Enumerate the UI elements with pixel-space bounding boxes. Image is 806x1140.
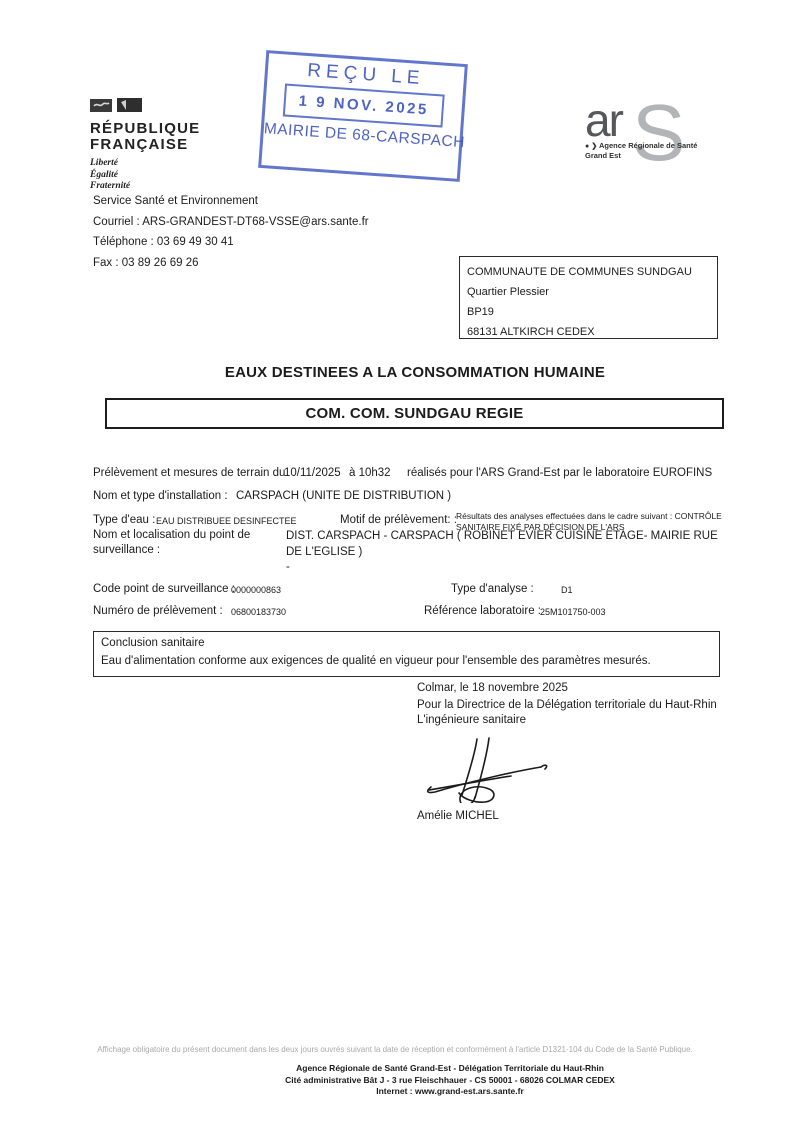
- service-line: Service Santé et Environnement: [93, 191, 369, 212]
- ars-dot-icon: ●: [585, 143, 589, 150]
- reception-stamp: REÇU LE 1 9 NOV. 2025 MAIRIE DE 68-CARSP…: [258, 50, 468, 182]
- footer-notice: Affichage obligatoire du présent documen…: [0, 1045, 790, 1054]
- fax-line: Fax : 03 89 26 69 26: [93, 253, 369, 274]
- conclusion-title: Conclusion sanitaire: [101, 635, 712, 653]
- ars-tagline-text: Agence Régionale de Santé: [599, 141, 697, 150]
- stamp-date: 1 9 NOV. 2025: [298, 92, 429, 118]
- republique-name: RÉPUBLIQUE FRANÇAISE: [90, 121, 200, 153]
- ars-chevron-icon: ❯: [591, 143, 597, 150]
- document-title: EAUX DESTINEES A LA CONSOMMATION HUMAINE: [0, 364, 806, 381]
- footer-line-2: Cité administrative Bât J - 3 rue Fleisc…: [100, 1075, 800, 1087]
- republique-motto: Liberté Égalité Fraternité: [90, 158, 200, 193]
- ars-wordmark-ar: ar: [585, 104, 622, 137]
- marianne-logo: RÉPUBLIQUE FRANÇAISE Liberté Égalité Fra…: [90, 98, 200, 193]
- signature-role-2: L'ingénieure sanitaire: [417, 713, 717, 728]
- ars-region: Grand Est: [585, 151, 621, 160]
- motto-egalite: Égalité: [90, 170, 200, 182]
- point-surveillance-value: DIST. CARSPACH - CARSPACH ( ROBINET EVIE…: [286, 529, 734, 560]
- signatory-name: Amélie MICHEL: [417, 810, 717, 822]
- numero-prelevement-label: Numéro de prélèvement :: [93, 605, 223, 617]
- type-analyse-value: D1: [561, 585, 573, 595]
- point-surveillance-dash: -: [286, 561, 290, 573]
- telephone-line: Téléphone : 03 69 49 30 41: [93, 232, 369, 253]
- recipient-line: 68131 ALTKIRCH CEDEX: [467, 322, 710, 342]
- signature-place-date: Colmar, le 18 novembre 2025: [417, 682, 717, 694]
- republique-line1: RÉPUBLIQUE: [90, 121, 200, 137]
- stamp-date-box: 1 9 NOV. 2025: [283, 83, 445, 127]
- reference-labo-label: Référence laboratoire :: [424, 605, 541, 617]
- type-eau-label: Type d'eau :: [93, 514, 155, 526]
- type-eau-value: EAU DISTRIBUEE DESINFECTEE: [156, 516, 297, 526]
- conclusion-text: Eau d'alimentation conforme aux exigence…: [101, 653, 712, 671]
- reference-labo-value: 25M101750-003: [540, 607, 606, 617]
- footer-line-1: Agence Régionale de Santé Grand-Est - Dé…: [100, 1063, 800, 1075]
- prelevement-suffix: réalisés pour l'ARS Grand-Est par le lab…: [407, 467, 712, 479]
- courriel-line: Courriel : ARS-GRANDEST-DT68-VSSE@ars.sa…: [93, 212, 369, 233]
- installation-label: Nom et type d'installation :: [93, 490, 228, 502]
- ars-logo: ar S ● ❯ Agence Régionale de Santé Grand…: [585, 104, 695, 174]
- recipient-box: COMMUNAUTE DE COMMUNES SUNDGAU Quartier …: [459, 256, 718, 339]
- type-analyse-label: Type d'analyse :: [451, 583, 534, 595]
- recipient-line: Quartier Plessier: [467, 282, 710, 302]
- installation-value: CARSPACH (UNITE DE DISTRIBUTION ): [236, 490, 451, 502]
- code-point-value: 0000000863: [231, 585, 281, 595]
- signature-role-1: Pour la Directrice de la Délégation terr…: [417, 698, 717, 713]
- prelevement-label: Prélèvement et mesures de terrain du: [93, 467, 285, 479]
- ars-tagline: ● ❯ Agence Régionale de Santé: [585, 141, 697, 150]
- code-point-label: Code point de surveillance :: [93, 583, 235, 595]
- organization-box: COM. COM. SUNDGAU REGIE: [105, 398, 724, 429]
- numero-prelevement-value: 06800183730: [231, 607, 286, 617]
- footer-block: Agence Régionale de Santé Grand-Est - Dé…: [100, 1063, 800, 1098]
- conclusion-box: Conclusion sanitaire Eau d'alimentation …: [93, 631, 720, 677]
- signature-icon: [415, 735, 555, 803]
- prelevement-time: à 10h32: [349, 467, 391, 479]
- republique-line2: FRANÇAISE: [90, 137, 200, 153]
- footer-line-3: Internet : www.grand-est.ars.sante.fr: [100, 1086, 800, 1098]
- contact-block: Service Santé et Environnement Courriel …: [93, 191, 369, 273]
- recipient-line: BP19: [467, 302, 710, 322]
- motto-liberte: Liberté: [90, 158, 200, 170]
- marianne-flag-icon: [90, 98, 142, 113]
- point-surveillance-label: Nom et localisation du point de surveill…: [93, 528, 293, 557]
- signature-block: Colmar, le 18 novembre 2025 Pour la Dire…: [417, 682, 717, 822]
- motif-label: Motif de prélèvement: :: [340, 514, 457, 526]
- recipient-line: COMMUNAUTE DE COMMUNES SUNDGAU: [467, 262, 710, 282]
- ars-wordmark-s: S: [632, 102, 685, 164]
- document-page: RÉPUBLIQUE FRANÇAISE Liberté Égalité Fra…: [0, 0, 806, 1140]
- prelevement-date: 10/11/2025: [284, 467, 341, 479]
